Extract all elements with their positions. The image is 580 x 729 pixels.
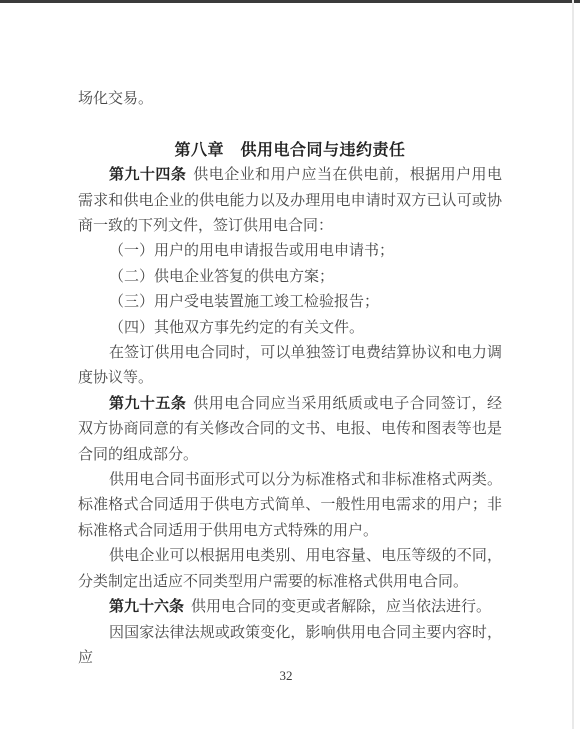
page-number: 32 [0, 668, 572, 684]
paragraph-text: 供用电合同的变更或者解除，应当依法进行。 [191, 599, 491, 615]
paragraph-separate-agreements: 在签订供用电合同时，可以单独签订电费结算协议和电力调度协议等。 [78, 341, 502, 392]
paragraph-law-changes: 因国家法律法规或政策变化，影响供用电合同主要内容时，应 [78, 621, 502, 672]
paragraph-contract-formats: 供用电合同书面形式可以分为标准格式和非标准格式两类。标准格式合同适用于供电方式简… [78, 468, 502, 544]
article-number-94: 第九十四条 [109, 167, 186, 183]
page-content: 场化交易。 第八章 供用电合同与违约责任 第九十四条供电企业和用户应当在供电前，… [78, 87, 502, 671]
paragraph-article-94: 第九十四条供电企业和用户应当在供电前，根据用户用电需求和供电企业的供电能力以及办… [78, 163, 502, 239]
page-right-edge [572, 0, 574, 729]
chapter-heading: 第八章 供用电合同与违约责任 [78, 138, 502, 163]
paragraph-article-96: 第九十六条供用电合同的变更或者解除，应当依法进行。 [78, 595, 502, 620]
paragraph-article-95: 第九十五条供用电合同应当采用纸质或电子合同签订，经双方协商同意的有关修改合同的文… [78, 392, 502, 468]
list-item-1: （一）用户的用电申请报告或用电申请书； [78, 239, 502, 264]
paragraph-continuation: 场化交易。 [78, 87, 502, 112]
list-item-3: （三）用户受电装置施工竣工检验报告； [78, 290, 502, 315]
list-item-2: （二）供电企业答复的供电方案； [78, 265, 502, 290]
paragraph-contract-categories: 供电企业可以根据用电类别、用电容量、电压等级的不同，分类制定出适应不同类型用户需… [78, 544, 502, 595]
list-item-4: （四）其他双方事先约定的有关文件。 [78, 316, 502, 341]
article-number-96: 第九十六条 [109, 599, 184, 615]
article-number-95: 第九十五条 [109, 396, 186, 412]
page-top-edge [0, 0, 580, 3]
